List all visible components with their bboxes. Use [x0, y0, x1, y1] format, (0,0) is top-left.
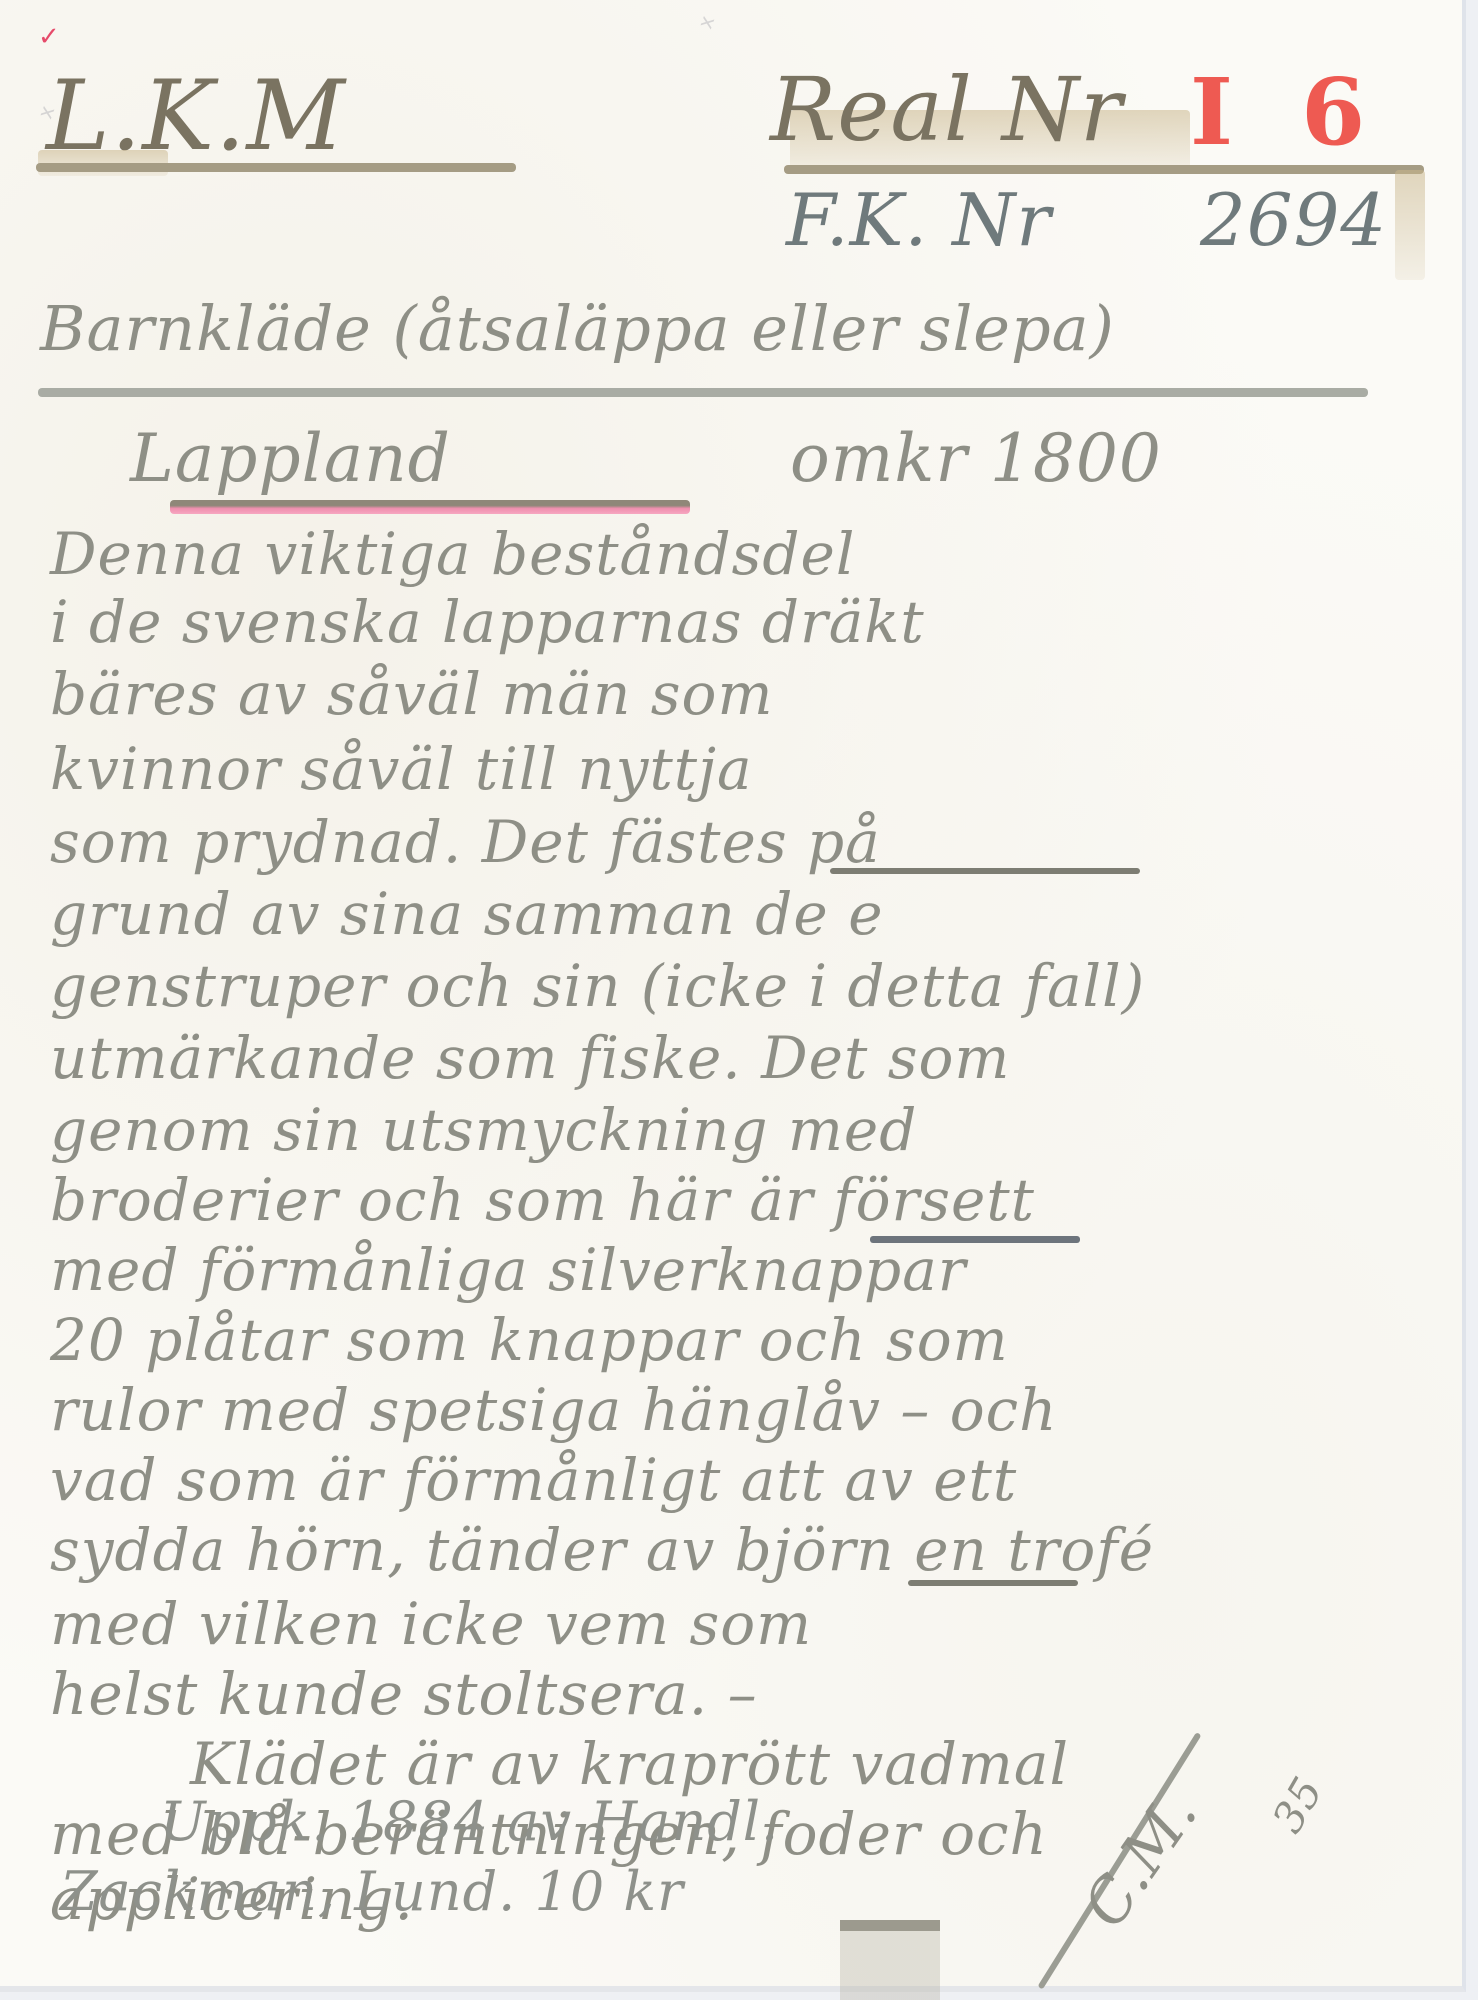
body-line: bäres av såväl män som: [50, 660, 773, 728]
acquisition-line-1: Uppk. 1884 av Handl.: [160, 1790, 779, 1853]
provenance-date: omkr 1800: [790, 420, 1162, 497]
word-underline: [908, 1580, 1078, 1586]
body-line: som prydnad. Det fästes på: [50, 808, 881, 876]
body-line: genstruper och sin (icke i detta fall): [50, 952, 1145, 1020]
body-line: i de svenska lapparnas dräkt: [50, 588, 925, 656]
fk-nr-value: 2694: [1200, 178, 1387, 262]
body-line: broderier och som här är försett: [50, 1166, 1035, 1234]
real-nr-value: I 6: [1190, 58, 1383, 166]
provenance-place: Lappland: [130, 420, 451, 497]
place-underline: [170, 500, 690, 514]
body-line: vad som är förmånligt att av ett: [50, 1446, 1017, 1514]
signature-number: 35: [1263, 1768, 1333, 1841]
ink-stain: [1395, 170, 1425, 280]
body-line: genom sin utsmyckning med: [50, 1096, 917, 1164]
faint-stamp: x: [693, 12, 720, 31]
header-rule-left: [36, 163, 516, 172]
real-nr-label: Real Nr: [770, 58, 1123, 161]
body-line: utmärkande som fiske. Det som: [50, 1024, 1010, 1092]
body-line: 20 plåtar som knappar och som: [50, 1306, 1009, 1374]
body-line: rulor med spetsiga hänglåv – och: [50, 1376, 1058, 1444]
paper-tab-mark: [840, 1920, 940, 2000]
header-rule-right: [784, 165, 1424, 174]
acquisition-line-2: Zackman, Lund. 10 kr: [60, 1860, 684, 1923]
body-line: Denna viktiga beståndsdel: [50, 520, 855, 588]
body-line: kvinnor såväl till nyttja: [50, 735, 753, 803]
body-line: med förmånliga silverknappar: [50, 1236, 967, 1304]
object-title: Barnkläde (åtsaläppa eller slepa): [40, 292, 1115, 365]
body-line: sydda hörn, tänder av björn en trofé: [50, 1516, 1154, 1584]
signature-initials: C.M.: [1070, 1779, 1212, 1940]
catalogue-card: ✓ L.K.M Real Nr I 6 F.K. Nr 2694 Barnklä…: [0, 0, 1466, 1992]
fk-nr-label: F.K. Nr: [786, 178, 1052, 262]
word-underline: [830, 868, 1140, 874]
strikethrough: [870, 1236, 1080, 1243]
body-line: Klädet är av kraprött vadmal: [190, 1730, 1069, 1798]
margin-check-mark: ✓: [38, 22, 60, 52]
title-rule: [38, 388, 1368, 397]
body-line: grund av sina samman de e: [50, 880, 884, 948]
body-line: med vilken icke vem som: [50, 1590, 812, 1658]
body-line: helst kunde stoltsera. –: [50, 1660, 758, 1728]
